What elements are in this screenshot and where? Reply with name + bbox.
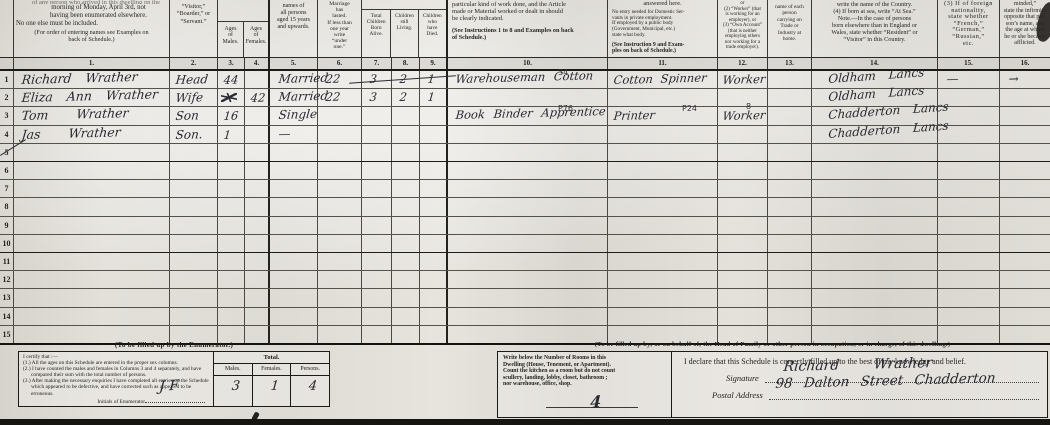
cell-industry — [608, 180, 718, 197]
cell-birthplace — [812, 217, 938, 234]
age-scribble — [221, 93, 237, 102]
cell-age-males — [218, 253, 245, 270]
cell-years-married — [318, 271, 362, 288]
cell-age-females — [245, 126, 270, 143]
cell-relationship — [170, 198, 218, 215]
handwritten-total-persons: 4 — [308, 379, 318, 394]
row-number: 7 — [0, 180, 13, 197]
cell-marriage: Single — [270, 107, 318, 124]
cell-industry: Printer P24 — [608, 107, 718, 124]
cell-children-died — [420, 198, 448, 215]
handwritten-relationship: Son. — [175, 127, 203, 142]
cell-birthplace: Chadderton Lancs — [812, 126, 938, 143]
cell-infirmity — [1000, 217, 1050, 234]
initials-line: Initials of Enumerator — [23, 399, 211, 405]
cell-age-males — [218, 271, 245, 288]
cell-children-born — [362, 289, 392, 306]
handwritten-relationship: Head — [175, 72, 209, 87]
cell-working-at-home — [768, 235, 812, 252]
enumerator-box: I certify that :— (1.) All the ages on t… — [18, 351, 330, 407]
cell-children-born — [362, 326, 392, 343]
cell-employment — [718, 126, 768, 143]
table-header: of any person who arrived in this dwelli… — [0, 0, 1050, 57]
cell-industry: Cotton Spinner — [608, 71, 718, 88]
colnum-10: 10. — [448, 58, 608, 69]
row-number: 3 — [0, 107, 13, 124]
cell-age-males — [218, 180, 245, 197]
rooms-instructions: Write below the Number of Rooms in thisD… — [503, 355, 667, 388]
pencil-industry-code: P24 — [682, 104, 697, 113]
handwritten-occupation: Warehouseman Cotton — [455, 68, 594, 86]
handwritten-total-males: 3 — [231, 379, 241, 394]
cell-row-number: 7 — [0, 180, 14, 197]
handwritten-name: Richard Wrather — [21, 69, 138, 87]
cell-occupation — [448, 217, 608, 234]
colnum-4: 4. — [245, 58, 270, 69]
header-col12-employment-status: or(2) “Worker” (thatis working for anemp… — [718, 0, 768, 57]
cell-children-died — [420, 180, 448, 197]
table-row: 5 — [0, 144, 1050, 162]
cell-marriage — [270, 162, 318, 179]
scan-edge — [0, 419, 1050, 425]
table-row: 14 — [0, 308, 1050, 326]
handwritten-children-living: 2 — [399, 90, 408, 104]
header-col14-birthplace: write the name of the Country.(4) If bor… — [812, 0, 938, 57]
handwritten-signature: Richard Wrather — [783, 359, 933, 372]
cell-children-died: 1 — [420, 89, 448, 106]
cell-nationality — [938, 198, 1000, 215]
cell-row-number: 13 — [0, 289, 14, 306]
cell-years-married — [318, 235, 362, 252]
header-children-living: ChildrenstillLiving. — [391, 10, 418, 57]
colnum-12: 12. — [718, 58, 768, 69]
cell-relationship — [170, 180, 218, 197]
handwritten-age-males: 1 — [223, 127, 232, 141]
cell-name: Richard Wrather — [14, 71, 170, 88]
cell-marriage — [270, 271, 318, 288]
cell-age-males — [218, 144, 245, 161]
cell-years-married — [318, 126, 362, 143]
colnum-6: 6. — [318, 58, 362, 69]
cell-age-males — [218, 162, 245, 179]
cell-children-living — [392, 289, 420, 306]
cell-working-at-home — [768, 180, 812, 197]
cell-industry — [608, 271, 718, 288]
cell-working-at-home — [768, 71, 812, 88]
cell-children-living — [392, 198, 420, 215]
header-col1-name: of any person who arrived in this dwelli… — [14, 0, 170, 57]
cell-name — [14, 308, 170, 325]
cell-occupation: Warehouseman Cotton 34 — [448, 71, 608, 88]
cell-employment: Worker 8 — [718, 107, 768, 124]
cell-birthplace — [812, 144, 938, 161]
cell-age-females — [245, 271, 270, 288]
handwritten-nationality-dash: — — [946, 72, 959, 86]
cell-years-married — [318, 308, 362, 325]
cell-occupation — [448, 180, 608, 197]
cell-children-living — [392, 107, 420, 124]
cell-employment — [718, 89, 768, 106]
cell-name — [14, 162, 170, 179]
cell-row-number: 8 — [0, 198, 14, 215]
cell-age-males — [218, 308, 245, 325]
cell-age-males — [218, 289, 245, 306]
cell-children-died — [420, 126, 448, 143]
cell-years-married — [318, 162, 362, 179]
totals-table: Total. Males. 3 Females. 1 Persons. 4 — [213, 352, 329, 406]
table-row: 7 — [0, 180, 1050, 198]
householder-section-label: (To be filled up by, or on behalf of, th… — [497, 341, 1048, 348]
cell-nationality — [938, 253, 1000, 270]
colnum-3: 3. — [218, 58, 245, 69]
row-number: 11 — [0, 253, 13, 270]
cell-children-died — [420, 308, 448, 325]
handwritten-years-married: 22 — [325, 72, 341, 86]
cell-infirmity — [1000, 289, 1050, 306]
cell-children-living — [392, 180, 420, 197]
cell-age-females — [245, 71, 270, 88]
handwritten-marriage: Single — [278, 107, 318, 122]
cell-children-born — [362, 144, 392, 161]
cell-marriage — [270, 253, 318, 270]
handwritten-industry: Cotton Spinner — [613, 71, 707, 87]
cell-industry — [608, 144, 718, 161]
cell-industry — [608, 89, 718, 106]
cell-name: Eliza Ann Wrather — [14, 89, 170, 106]
cell-nationality — [938, 289, 1000, 306]
cell-years-married — [318, 217, 362, 234]
cell-industry — [608, 217, 718, 234]
handwritten-postal-address: 98 Dalton Street Chadderton — [775, 374, 996, 389]
cell-children-died — [420, 289, 448, 306]
certify-item-3: (3.) After making the necessary enquirie… — [23, 378, 211, 396]
cell-industry — [608, 253, 718, 270]
handwritten-age-males: 44 — [223, 73, 239, 87]
pencil-employment-code: 8 — [746, 102, 751, 111]
cell-employment — [718, 180, 768, 197]
cell-age-males — [218, 235, 245, 252]
cell-industry — [608, 162, 718, 179]
cell-name — [14, 217, 170, 234]
pencil-occupation-code: 34 — [558, 68, 568, 77]
cell-occupation — [448, 253, 608, 270]
handwritten-total-females: 1 — [270, 379, 280, 394]
cell-children-died — [420, 235, 448, 252]
cell-working-at-home — [768, 198, 812, 215]
cell-working-at-home — [768, 144, 812, 161]
cell-children-born — [362, 308, 392, 325]
cell-relationship: Head — [170, 71, 218, 88]
header-col5-marriage: names ofall personsaged 15 yearsand upwa… — [270, 0, 318, 57]
cell-relationship: Wife — [170, 89, 218, 106]
header-col11-industry: answered here. No entry needed for Domes… — [608, 0, 718, 57]
handwritten-children-died: 1 — [427, 90, 436, 104]
header-col2-relationship: “Visitor,”“Boarder,” or“Servant.” — [170, 0, 218, 57]
cell-working-at-home — [768, 289, 812, 306]
cell-infirmity: → — [1000, 71, 1050, 88]
cell-marriage: — — [270, 126, 318, 143]
col1-order-note: (For order of entering names see Example… — [14, 30, 169, 44]
cell-birthplace — [812, 289, 938, 306]
handwritten-relationship: Son — [175, 109, 200, 124]
rooms-cell: Write below the Number of Rooms in thisD… — [498, 352, 672, 417]
row-number: 4 — [0, 126, 13, 143]
table-row: 8 — [0, 198, 1050, 216]
cell-children-living — [392, 217, 420, 234]
cell-children-born — [362, 235, 392, 252]
cell-children-born — [362, 217, 392, 234]
cell-age-females — [245, 235, 270, 252]
totals-header: Total. — [214, 352, 329, 364]
cell-working-at-home — [768, 107, 812, 124]
handwritten-name: Jas Wrather — [21, 124, 121, 142]
cell-employment — [718, 271, 768, 288]
cell-occupation — [448, 198, 608, 215]
cell-age-females — [245, 107, 270, 124]
cell-children-living — [392, 235, 420, 252]
handwritten-marriage: — — [278, 126, 291, 140]
cell-industry — [608, 198, 718, 215]
cell-children-died: 1 — [420, 71, 448, 88]
table-row: 6 — [0, 162, 1050, 180]
declaration-cell: I declare that this Schedule is correctl… — [672, 352, 1047, 417]
handwritten-children-born: 3 — [369, 72, 378, 86]
handwritten-age-females: 42 — [250, 91, 266, 105]
handwritten-name: Eliza Ann Wrather — [21, 87, 159, 106]
colnum-5: 5. — [270, 58, 318, 69]
cell-employment — [718, 198, 768, 215]
cell-infirmity — [1000, 308, 1050, 325]
row-number: 10 — [0, 235, 13, 252]
cell-age-females — [245, 289, 270, 306]
cell-children-died — [420, 253, 448, 270]
header-children-born: TotalChildrenBornAlive. — [362, 10, 391, 57]
colnum-16: 16. — [1000, 58, 1050, 69]
enumerator-certification: I certify that :— (1.) All the ages on t… — [19, 352, 213, 406]
cell-row-number: 15 — [0, 326, 14, 343]
cell-relationship — [170, 144, 218, 161]
cell-marriage: Married — [270, 89, 318, 106]
cell-marriage — [270, 289, 318, 306]
row-number: 2 — [0, 89, 13, 106]
header-col6-years-married: Marriagehaslasted.If less thanone yearwr… — [318, 0, 362, 57]
cell-employment — [718, 235, 768, 252]
cell-children-living — [392, 271, 420, 288]
handwritten-employment: Worker — [722, 108, 766, 123]
handwritten-children-born: 3 — [369, 90, 378, 104]
children-group-strip — [362, 0, 446, 10]
header-col10-occupation: particular kind of work done, and the Ar… — [448, 0, 608, 57]
cell-row-number: 1 — [0, 71, 14, 88]
cell-birthplace — [812, 180, 938, 197]
handwritten-age-males: 16 — [223, 109, 239, 123]
cell-years-married — [318, 107, 362, 124]
cell-industry — [608, 235, 718, 252]
cell-name: Tom Wrather — [14, 107, 170, 124]
cell-years-married — [318, 180, 362, 197]
row-number: 14 — [0, 308, 13, 325]
postal-address-row: Postal Address 98 Dalton Street Chaddert… — [684, 388, 1039, 400]
postal-address-line: 98 Dalton Street Chadderton — [769, 388, 1039, 400]
cell-nationality — [938, 180, 1000, 197]
cell-years-married — [318, 253, 362, 270]
cell-children-born: 3 — [362, 89, 392, 106]
cell-relationship — [170, 217, 218, 234]
cell-industry — [608, 308, 718, 325]
cell-row-number: 3 — [0, 107, 14, 124]
cell-name — [14, 198, 170, 215]
cell-employment — [718, 162, 768, 179]
cell-marriage — [270, 144, 318, 161]
table-row: 10 — [0, 235, 1050, 253]
row-number: 8 — [0, 198, 13, 215]
cell-age-males — [218, 217, 245, 234]
header-col13-working-at-home: name of eachpersoncarrying onTrade orInd… — [768, 0, 812, 57]
cell-infirmity — [1000, 235, 1050, 252]
header-col7-9-children: TotalChildrenBornAlive. ChildrenstillLiv… — [362, 0, 448, 57]
cell-name: Jas Wrather — [14, 126, 170, 143]
cell-nationality — [938, 144, 1000, 161]
header-col16-infirmity: minded,”state the infirmityopposite that… — [1000, 0, 1050, 57]
colnum-8: 8. — [392, 58, 420, 69]
cell-age-males — [218, 198, 245, 215]
cell-marriage — [270, 235, 318, 252]
cell-relationship: Son. — [170, 126, 218, 143]
header-col15-nationality: (3) If of foreignnationality,state wheth… — [938, 0, 1000, 57]
cell-marriage — [270, 308, 318, 325]
cell-working-at-home — [768, 217, 812, 234]
cell-children-died — [420, 326, 448, 343]
totals-males: Males. 3 — [214, 364, 253, 406]
cell-row-number: 4 — [0, 126, 14, 143]
cell-occupation — [448, 271, 608, 288]
cell-nationality — [938, 235, 1000, 252]
cell-age-males — [218, 89, 245, 106]
handwritten-name: Tom Wrather — [21, 106, 129, 124]
cell-row-number: 6 — [0, 162, 14, 179]
handwritten-employment: Worker — [722, 72, 766, 87]
colnum-7: 7. — [362, 58, 392, 69]
row-number: 6 — [0, 162, 13, 179]
handwritten-rooms-count: 4 — [590, 399, 601, 407]
cell-relationship — [170, 289, 218, 306]
cell-row-number: 14 — [0, 308, 14, 325]
cell-age-females — [245, 162, 270, 179]
cell-nationality — [938, 271, 1000, 288]
cell-infirmity — [1000, 162, 1050, 179]
cell-name — [14, 235, 170, 252]
cell-row-number: 11 — [0, 253, 14, 270]
table-row: 4 Jas Wrather Son. 1 — Chadderton Lancs — [0, 126, 1050, 144]
cell-children-born — [362, 180, 392, 197]
cell-relationship: Son — [170, 107, 218, 124]
cell-industry — [608, 126, 718, 143]
census-schedule-table: of any person who arrived in this dwelli… — [0, 0, 1050, 345]
cell-children-living — [392, 144, 420, 161]
cell-birthplace — [812, 198, 938, 215]
cell-row-number: 5 — [0, 144, 14, 161]
cell-working-at-home — [768, 126, 812, 143]
colnum-2: 2. — [170, 58, 218, 69]
cell-age-females — [245, 308, 270, 325]
cell-children-born — [362, 107, 392, 124]
colnum-1: 1. — [14, 58, 170, 69]
colnum-9: 9. — [420, 58, 448, 69]
cell-employment: Worker — [718, 71, 768, 88]
cell-nationality: — — [938, 71, 1000, 88]
cell-marriage — [270, 180, 318, 197]
row-number: 13 — [0, 289, 13, 306]
clipped-text: of any person who arrived in this dwelli… — [14, 0, 169, 4]
cell-name — [14, 289, 170, 306]
cell-age-females: 42 — [245, 89, 270, 106]
cell-children-died — [420, 271, 448, 288]
cell-name — [14, 253, 170, 270]
cell-employment — [718, 289, 768, 306]
table-row: 13 — [0, 289, 1050, 307]
cell-working-at-home — [768, 271, 812, 288]
cell-age-females — [245, 144, 270, 161]
cell-relationship — [170, 271, 218, 288]
cell-nationality — [938, 308, 1000, 325]
handwritten-industry: Printer — [613, 108, 656, 123]
cell-working-at-home — [768, 253, 812, 270]
cell-children-born — [362, 271, 392, 288]
householder-box: Write below the Number of Rooms in thisD… — [497, 351, 1048, 418]
cell-nationality — [938, 162, 1000, 179]
cell-row-number: 10 — [0, 235, 14, 252]
cell-birthplace — [812, 235, 938, 252]
cell-years-married — [318, 144, 362, 161]
cell-nationality — [938, 217, 1000, 234]
row-number: 1 — [0, 71, 13, 88]
row-number: 15 — [0, 326, 13, 343]
cell-years-married — [318, 198, 362, 215]
cell-occupation — [448, 162, 608, 179]
cell-age-males: 44 — [218, 71, 245, 88]
handwritten-years-married: 22 — [325, 90, 341, 104]
cell-age-females — [245, 217, 270, 234]
cell-children-died — [420, 144, 448, 161]
cell-children-born — [362, 162, 392, 179]
header-ages-males: AgesofMales. — [218, 21, 244, 57]
cell-occupation — [448, 308, 608, 325]
handwritten-enumerator-initials: J F — [159, 383, 179, 391]
table-row: 11 — [0, 253, 1050, 271]
cell-employment — [718, 144, 768, 161]
cell-age-males: 1 — [218, 126, 245, 143]
totals-females: Females. 1 — [253, 364, 292, 406]
cell-occupation: Book Binder Apprentice P76 — [448, 107, 608, 124]
cell-age-females — [245, 198, 270, 215]
cell-employment — [718, 253, 768, 270]
cell-name — [14, 180, 170, 197]
handwritten-infirmity-dash: → — [1008, 72, 1019, 86]
row-number: 9 — [0, 217, 13, 234]
header-children-died: ChildrenwhohaveDied. — [419, 10, 446, 57]
cell-age-females — [245, 180, 270, 197]
cell-relationship — [170, 253, 218, 270]
header-col3-4-ages: AgesofMales. AgesofFemales. — [218, 0, 270, 57]
totals-persons: Persons. 4 — [291, 364, 329, 406]
cell-children-living — [392, 326, 420, 343]
col1-instructions: morning of Monday, April 3rd, nothaving … — [14, 4, 169, 19]
cell-children-born — [362, 253, 392, 270]
pencil-occupation-code: P76 — [558, 104, 573, 113]
row-number: 12 — [0, 271, 13, 288]
col1-note: No one else must be included. — [14, 21, 169, 28]
cell-infirmity — [1000, 271, 1050, 288]
